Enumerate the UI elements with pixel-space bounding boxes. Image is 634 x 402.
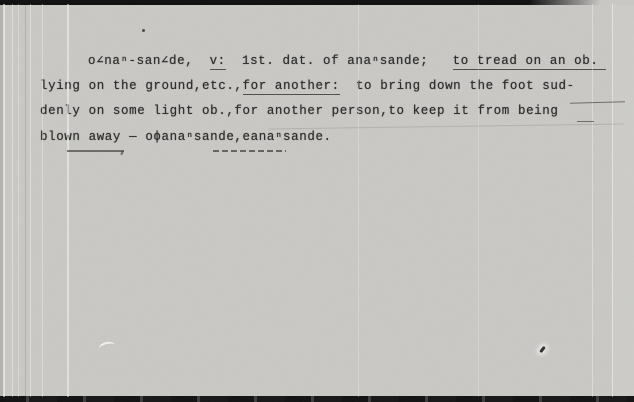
card-edge-line bbox=[612, 4, 613, 397]
ink-dot-speck bbox=[142, 29, 145, 32]
trailing-underline-mark bbox=[577, 121, 594, 122]
typewritten-line-1: o∠naⁿ-san∠de, v: 1st. dat. of anaⁿsande;… bbox=[88, 49, 625, 74]
right-margin-strip bbox=[612, 5, 634, 396]
scan-edge-top bbox=[0, 0, 601, 5]
scan-edge-bottom bbox=[0, 396, 634, 402]
definition-text: lying on the ground,etc., bbox=[40, 79, 243, 93]
typewritten-line-3: denly on some light ob.,for another pers… bbox=[40, 99, 625, 124]
underline-hook-mark bbox=[120, 151, 124, 155]
scratch-line bbox=[30, 4, 31, 397]
definition-start: to tread on an ob. bbox=[453, 54, 607, 70]
grammar-note: 1st. dat. of anaⁿsande; bbox=[226, 54, 453, 68]
white-scratch-mark bbox=[98, 340, 116, 354]
scratch-line bbox=[42, 4, 43, 397]
scratch-line bbox=[12, 4, 13, 397]
scratch-line bbox=[358, 4, 359, 397]
headword: o∠naⁿ-san∠de, bbox=[88, 54, 210, 68]
typewritten-line-2: lying on the ground,etc.,for another: to… bbox=[40, 74, 625, 99]
dashed-underline-mark bbox=[213, 150, 286, 152]
scratch-line bbox=[25, 4, 26, 397]
ink-fleck bbox=[539, 346, 546, 353]
underlined-phrase: for another: bbox=[243, 79, 340, 95]
scanned-dictionary-card: o∠naⁿ-san∠de, v: 1st. dat. of anaⁿsande;… bbox=[0, 0, 634, 402]
part-of-speech-abbrev: v: bbox=[210, 54, 226, 70]
scratch-line bbox=[18, 4, 19, 397]
entry-text-block: o∠naⁿ-san∠de, v: 1st. dat. of anaⁿsande;… bbox=[40, 49, 625, 151]
scratch-line bbox=[478, 4, 479, 397]
scratch-line bbox=[3, 4, 5, 397]
scratch-line bbox=[67, 4, 69, 397]
definition-text: to bring down the foot sud- bbox=[340, 79, 575, 93]
definition-text: denly on some light ob.,for another pers… bbox=[40, 104, 558, 118]
underline-mark-below-away bbox=[67, 150, 124, 152]
card-edge-line bbox=[592, 4, 593, 397]
derived-forms: blown away — oɸanaⁿsande,eanaⁿsande. bbox=[40, 130, 332, 144]
